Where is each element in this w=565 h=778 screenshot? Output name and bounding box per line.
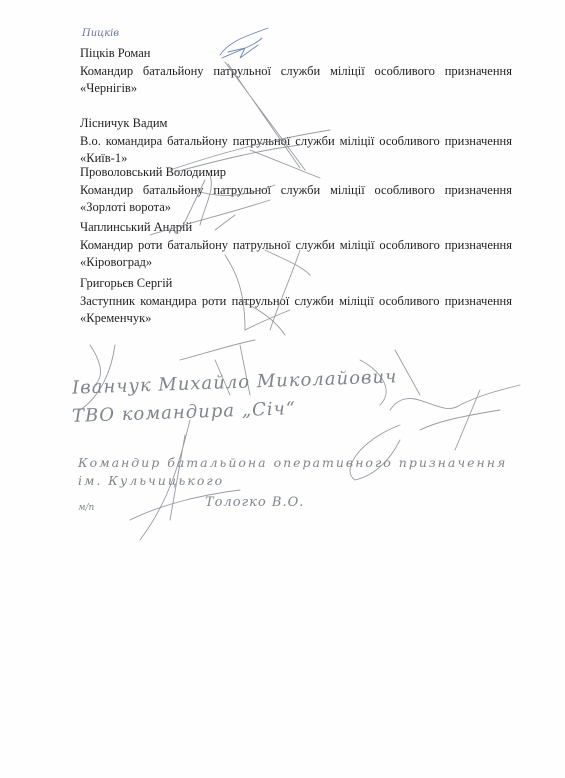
scanned-document-page: Пицків Піцків Роман Командир батальйону … — [0, 0, 565, 778]
signatory-title: Командир батальйону патрульної служби мі… — [80, 182, 512, 217]
handwritten-line: Командир батальйона оперативного признач… — [78, 455, 507, 470]
signatory-entry: Чаплинський Андрій Командир роти батальй… — [80, 219, 512, 272]
signatory-entry: Піцків Роман Командир батальйону патруль… — [80, 45, 512, 98]
signatory-title: Командир батальйону патрульної служби мі… — [80, 63, 512, 98]
signatory-entry: Проволовський Володимир Командир батальй… — [80, 164, 512, 217]
handwritten-line: ім. Кульчицького — [78, 473, 224, 488]
signature-mark — [350, 425, 400, 480]
signatory-title: В.о. командира батальйону патрульної слу… — [80, 133, 512, 168]
signatory-title: Командир роти батальйону патрульної служ… — [80, 237, 512, 272]
signatory-name: Лісничук Вадим — [80, 115, 512, 133]
signatory-entry: Григорьєв Сергій Заступник командира рот… — [80, 275, 512, 328]
signatory-name: Чаплинський Андрій — [80, 219, 512, 237]
handwritten-note-top: Пицків — [82, 28, 119, 39]
signatory-name: Григорьєв Сергій — [80, 275, 512, 293]
signatory-title: Заступник командира роти патрульної служ… — [80, 293, 512, 328]
signature-mark — [390, 385, 520, 450]
signatory-name: Проволовський Володимир — [80, 164, 512, 182]
signatory-name: Піцків Роман — [80, 45, 512, 63]
handwritten-signature-name: Тологко В.О. — [205, 495, 304, 510]
handwritten-line: Іванчук Михайло Миколайович — [72, 366, 398, 398]
handwritten-stamp-mark: м/п — [78, 503, 94, 513]
handwritten-line: ТВО командира „Січ“ — [72, 398, 297, 427]
signatory-entry: Лісничук Вадим В.о. командира батальйону… — [80, 115, 512, 168]
